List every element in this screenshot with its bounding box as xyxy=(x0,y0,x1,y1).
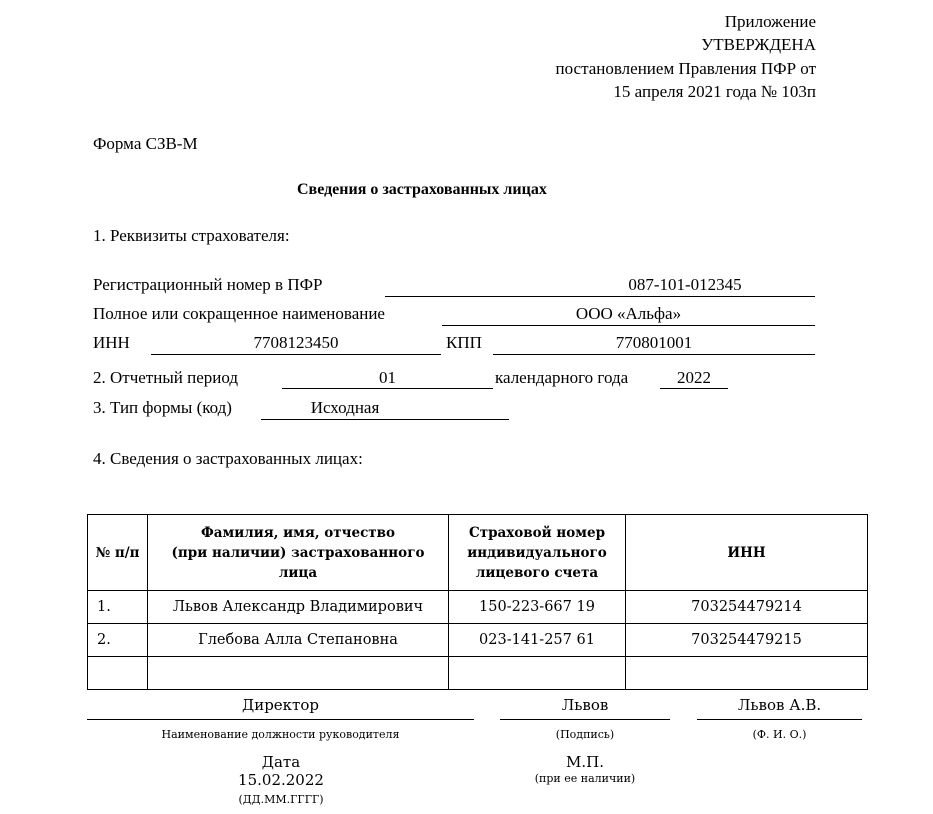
header-fio: Фамилия, имя, отчество (при наличии) зас… xyxy=(148,515,449,591)
inn-label: ИНН xyxy=(93,333,130,353)
fio-caption: (Ф. И. О.) xyxy=(697,728,862,741)
period-underline xyxy=(282,388,493,389)
row-fio xyxy=(148,657,449,690)
stamp-label: М.П. xyxy=(485,754,685,771)
year-value: 2022 xyxy=(660,368,728,388)
row-snils: 023-141-257 61 xyxy=(449,624,626,657)
table-row: 2. Глебова Алла Степановна 023-141-257 6… xyxy=(88,624,868,657)
year-underline xyxy=(660,388,728,389)
reg-number-value: 087-101-012345 xyxy=(385,275,815,295)
section1-heading: 1. Реквизиты страхователя: xyxy=(93,226,290,246)
row-num: 2. xyxy=(88,624,148,657)
kpp-underline xyxy=(493,354,815,355)
fio-underline xyxy=(697,719,862,720)
form-type-value: Исходная xyxy=(261,398,509,418)
table-row: 1. Львов Александр Владимирович 150-223-… xyxy=(88,591,868,624)
row-snils xyxy=(449,657,626,690)
date-value: 15.02.2022 xyxy=(181,772,381,789)
date-label: Дата xyxy=(181,754,381,771)
form-type-underline xyxy=(261,419,509,420)
org-name-value: ООО «Альфа» xyxy=(442,304,815,324)
header-num: № п/п xyxy=(88,515,148,591)
sign-caption: (Подпись) xyxy=(500,728,670,741)
reg-number-underline xyxy=(385,296,815,297)
sign-value: Львов xyxy=(500,696,670,714)
position-value: Директор xyxy=(87,696,474,714)
section4-heading: 4. Сведения о застрахованных лицах: xyxy=(93,449,363,469)
row-snils: 150-223-667 19 xyxy=(449,591,626,624)
kpp-label: КПП xyxy=(446,333,482,353)
header-date-number: 15 апреля 2021 года № 103п xyxy=(613,82,816,102)
sign-underline xyxy=(500,719,670,720)
page-title: Сведения о застрахованных лицах xyxy=(297,180,547,199)
header-snils: Страховой номер индивидуального лицевого… xyxy=(449,515,626,591)
inn-value: 7708123450 xyxy=(151,333,441,353)
period-label: 2. Отчетный период xyxy=(93,368,238,388)
table-header-row: № п/п Фамилия, имя, отчество (при наличи… xyxy=(88,515,868,591)
row-inn: 703254479214 xyxy=(626,591,868,624)
year-label: календарного года xyxy=(495,368,628,388)
position-underline xyxy=(87,719,474,720)
row-num: 1. xyxy=(88,591,148,624)
stamp-caption: (при ее наличии) xyxy=(485,772,685,785)
org-name-underline xyxy=(442,325,815,326)
row-fio: Львов Александр Владимирович xyxy=(148,591,449,624)
header-inn: ИНН xyxy=(626,515,868,591)
insured-persons-table: № п/п Фамилия, имя, отчество (при наличи… xyxy=(87,514,868,690)
table-row-empty xyxy=(88,657,868,690)
reg-number-label: Регистрационный номер в ПФР xyxy=(93,275,323,295)
row-inn xyxy=(626,657,868,690)
form-name: Форма СЗВ-М xyxy=(93,134,198,154)
position-caption: Наименование должности руководителя xyxy=(87,728,474,741)
form-type-label: 3. Тип формы (код) xyxy=(93,398,232,418)
org-name-label: Полное или сокращенное наименование xyxy=(93,304,385,324)
date-format-caption: (ДД.ММ.ГГГГ) xyxy=(181,793,381,806)
fio-value: Львов А.В. xyxy=(697,696,862,714)
row-inn: 703254479215 xyxy=(626,624,868,657)
row-fio: Глебова Алла Степановна xyxy=(148,624,449,657)
header-resolution: постановлением Правления ПФР от xyxy=(556,59,816,79)
inn-underline xyxy=(151,354,441,355)
row-num xyxy=(88,657,148,690)
header-appendix: Приложение xyxy=(725,12,816,32)
period-value: 01 xyxy=(282,368,493,388)
header-approved: УТВЕРЖДЕНА xyxy=(701,35,816,55)
kpp-value: 770801001 xyxy=(493,333,815,353)
